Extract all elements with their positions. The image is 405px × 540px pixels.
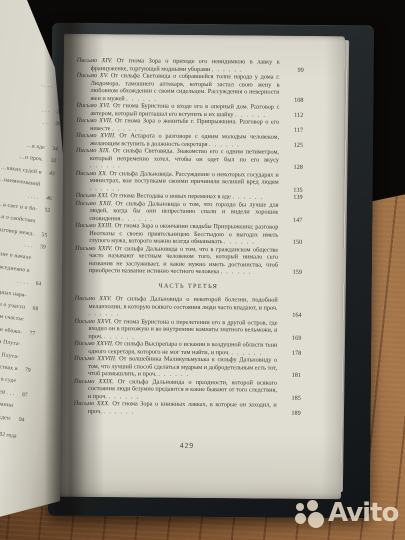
toc-entry: Письмо XXIII. От гнома Зора о окончании …: [75, 222, 302, 246]
toc-entry: Письмо XXIV. От сильфа Дальновида о том,…: [75, 244, 302, 276]
entry-page-number: 108: [294, 96, 303, 104]
entry-page-number: 125: [294, 141, 303, 149]
line-page-number: [38, 223, 49, 224]
line-page-number: [18, 383, 29, 384]
entry-label: Письмо XVI.: [76, 102, 113, 109]
entry-page-number: 189: [291, 409, 300, 417]
line-page-number: 59: [34, 241, 46, 255]
dot-leader: . . . . . .: [108, 393, 139, 400]
dot-leader: . . . . . .: [104, 333, 135, 340]
line-page-number: 79: [19, 364, 31, 378]
entry-label: Письмо XXI.: [76, 192, 111, 199]
toc-entry: Письмо XXX. От гнома Зора о книжных лавк…: [74, 400, 301, 417]
entry-label: Письмо XXIX.: [74, 377, 118, 384]
line-fragment: . . . .: [40, 79, 53, 93]
avito-watermark: Avito: [288, 496, 405, 538]
dot-leader: . . . . . .: [158, 371, 189, 378]
left-page-text: . . . .3. . .23. .26…в аде34…и проч.32…к…: [0, 71, 66, 443]
dot-leader: . . . . . .: [235, 111, 266, 118]
photo-canvas: { "watermark": { "label": "Avito" }, "pa…: [0, 0, 405, 540]
line-page-number: 68: [26, 302, 38, 316]
dot-leader: . . . . . .: [112, 125, 143, 132]
entry-label: Письмо XXVII.: [74, 340, 115, 347]
line-page-number: [26, 321, 37, 322]
avito-wordmark: Avito: [328, 497, 398, 529]
line-page-number: [21, 358, 32, 359]
toc-entry: Письмо XIX. От сильфа Световида. Знакомс…: [76, 147, 303, 171]
toc-entry: Письмо XXVI. От гнома Буристона о переле…: [74, 317, 301, 341]
line-page-number: [32, 272, 43, 273]
line-page-number: [23, 346, 34, 347]
line-page-number: [15, 407, 26, 408]
toc-entry: Письмо XV. От сильфа Световида о собравш…: [76, 72, 303, 104]
line-page-number: 77: [23, 327, 35, 341]
dot-leader: . . . . . .: [232, 193, 263, 200]
line-page-number: [33, 260, 44, 261]
line-page-number: [42, 186, 53, 187]
entry-label: Письмо XV.: [77, 72, 111, 79]
entry-label: Письмо XIX.: [76, 147, 113, 154]
line-page-number: 43: [43, 167, 55, 181]
line-page-number: 64: [29, 277, 41, 291]
line-fragment: . . .: [41, 104, 50, 117]
section-heading: ЧАСТЬ ТРЕТЬЯ: [75, 281, 302, 290]
entry-page-number: 147: [293, 216, 302, 224]
dot-leader: . . . . . .: [209, 141, 240, 148]
entry-page-number: 135: [293, 186, 302, 194]
entry-page-number: 117: [294, 126, 303, 134]
line-page-number: [29, 297, 40, 298]
dot-leader: . . . . . .: [122, 215, 153, 222]
entry-label: Письмо XIV.: [77, 57, 117, 64]
entry-page-number: 139: [293, 194, 302, 202]
line-fragment: . .: [42, 117, 48, 130]
dot-leader: . . . . . .: [224, 238, 255, 245]
dot-leader: . . . . . .: [90, 162, 121, 169]
entry-page-number: 159: [293, 269, 302, 277]
entry-page-number: 150: [293, 239, 302, 247]
entry-page-number: 99: [297, 66, 303, 74]
entry-label: Письмо XXII.: [76, 199, 116, 206]
entry-label: Письмо XXX.: [74, 400, 113, 407]
line-page-number: 94: [13, 413, 25, 427]
dot-leader: . . . . . .: [90, 185, 121, 192]
dot-leader: . . . . . .: [126, 95, 157, 102]
entry-page-number: 181: [292, 372, 301, 380]
entry-page-number: 169: [292, 334, 301, 342]
toc-entry: Письмо XXIX. От сильфа Дальновида о праз…: [74, 377, 301, 401]
dot-leader: . . . . . .: [212, 66, 243, 73]
entry-label: Письмо XVIII.: [76, 132, 119, 139]
toc-entry: Письмо XXVIII. От волшебника Маликульмул…: [74, 355, 301, 379]
toc-entry: Письмо XX. От сильфа Дальновида. Рассужд…: [76, 169, 303, 193]
line-fragment: . . .: [24, 239, 33, 252]
dot-leader: . . . . . .: [221, 268, 252, 275]
dot-leader: . . . . . .: [231, 349, 262, 356]
entry-label: Письмо XVII.: [76, 117, 115, 124]
dot-leader: . . . . . .: [89, 310, 120, 317]
entry-label: Письмо XXVI.: [74, 317, 114, 324]
line-page-number: 26: [49, 118, 61, 132]
entry-label: Письмо XXIII.: [75, 222, 114, 229]
right-page: Письмо XIV. От гнома Зора о приходе его …: [60, 34, 345, 499]
line-page-number: 87: [16, 388, 28, 402]
entry-page-number: 185: [291, 394, 300, 402]
line-page-number: 52: [38, 204, 50, 218]
page-number-folio: 429: [73, 440, 300, 451]
book-photo: . . . .3. . .23. .26…в аде34…и проч.32…к…: [0, 0, 405, 540]
entry-label: Письмо XX.: [76, 169, 110, 176]
entry-label: Письмо XXV.: [75, 295, 116, 302]
entry-page-number: 112: [294, 111, 303, 119]
toc-entry: Письмо XXV. От сильфа Дальновида о некот…: [75, 295, 302, 319]
entry-page-number: 164: [292, 312, 301, 320]
entry-page-number: 128: [293, 164, 302, 172]
entry-label: Письмо XXVIII.: [74, 355, 119, 362]
toc-entry: Письмо XXII. От сильфа Дальновида о том,…: [75, 199, 302, 223]
entry-label: Письмо XXIV.: [75, 244, 115, 251]
table-of-contents: Письмо XIV. От гнома Зора о приходе его …: [73, 57, 303, 440]
entry-page-number: 178: [292, 349, 301, 357]
dot-leader: . . . . . .: [103, 408, 134, 415]
